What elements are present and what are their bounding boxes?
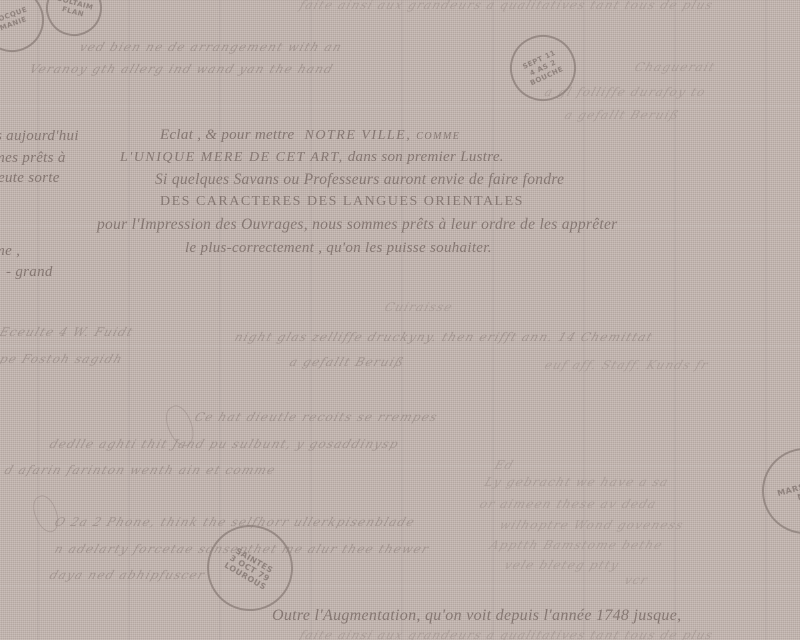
script-line: d afarin farinton wenth ain et comme — [3, 463, 278, 477]
printed-fragment: NOTRE VILLE, comme — [305, 128, 461, 143]
printed-fragment: L'UNIQUE MERE DE CET ART, — [120, 150, 344, 165]
printed-fragment: Eclat , & pour mettre — [160, 127, 294, 143]
script-line: daya ned abhipfuscer — [48, 568, 207, 582]
printed-line: pour l'Impression des Ouvrages, nous som… — [97, 216, 618, 234]
script-line: vcr — [623, 573, 650, 587]
printed-line-left: mes prêts à — [0, 150, 66, 167]
printed-fragment: dans son premier Lustre. — [348, 149, 504, 165]
script-line: Ce hat dieutle recoits se rrempes — [193, 410, 440, 424]
printed-line-left: s aujourd'hui — [0, 128, 79, 145]
script-line: a gefallt Beruiß — [288, 355, 407, 369]
script-line: a gefallt Beruiß — [563, 108, 682, 122]
script-line: Ed — [493, 458, 516, 472]
printed-line: Eclat , & pour mettre NOTRE VILLE, comme — [160, 127, 460, 144]
script-line: Apptth Bamstome bethe — [488, 538, 665, 552]
script-line: pe Fostoh sagidh — [0, 352, 125, 366]
printed-line: le plus-correctement , qu'on les puisse … — [185, 240, 492, 257]
script-line: dedlle aghti thit Jand pu sulbunt, y gos… — [48, 437, 401, 451]
script-line: Cuiraisse — [383, 300, 455, 314]
script-line: or aimeen these av deda — [478, 497, 659, 511]
script-line: Ly gebracht we have a sa — [483, 475, 671, 489]
script-line: faite ainsi aux grandeurs a qualitatives… — [298, 628, 716, 640]
printed-line-left: me , — [0, 243, 20, 260]
postmark-stamp-icon: MARSEILLE M 7 — [752, 438, 800, 543]
printed-line: L'UNIQUE MERE DE CET ART, dans son premi… — [120, 149, 504, 166]
script-line: Eceulte 4 W. Fuidt — [0, 325, 135, 339]
printed-line: Si quelques Savans ou Professeurs auront… — [155, 171, 564, 189]
script-line-top: faite ainsi aux grandeurs a qualitatives… — [298, 0, 716, 12]
printed-line-left: eute sorte — [0, 170, 60, 187]
postmark-stamp-icon: SOLTAIM FLAN — [40, 0, 109, 42]
script-line: vele bleteg ptty — [503, 558, 622, 572]
printed-line-left: - grand — [6, 264, 53, 281]
script-line: Chaguerait — [633, 60, 718, 74]
script-line: night glas zelliffe druckyny. then eriff… — [233, 330, 655, 344]
printed-line-bottom: Outre l'Augmentation, qu'on voit depuis … — [272, 607, 681, 625]
printed-line: DES CARACTERES DES LANGUES ORIENTALES — [160, 194, 524, 210]
script-line: ved bien ne de arrangement with an — [78, 40, 345, 54]
script-line: Veranoy gth allerg ind wand yan the hand — [28, 62, 336, 76]
script-line: wilhoptre Wond goveness — [498, 518, 686, 532]
flourish-decoration — [28, 492, 64, 536]
script-line: euf aff. Staff. Kunds fr — [543, 358, 711, 372]
